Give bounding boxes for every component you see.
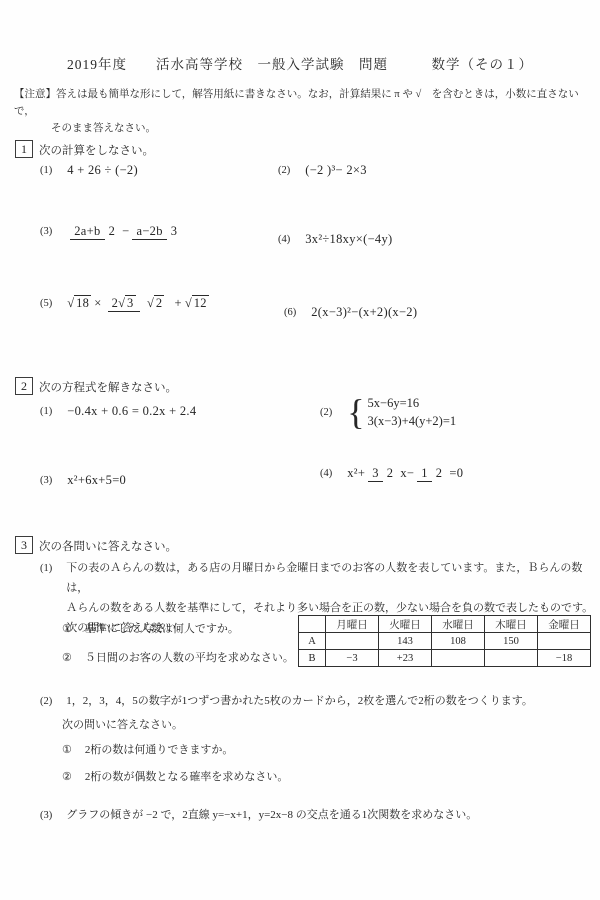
radical-sign: √ [118, 296, 125, 310]
question-3-2: (2) 1，2，3，4，5の数字が1つずつ書かれた5枚のカードから，2枚を選んで… [40, 692, 533, 708]
circled-1-marker: ① [62, 743, 72, 756]
row-label: A [299, 633, 326, 650]
problem-2-4-label: (4) [320, 468, 332, 479]
fraction: 12 [417, 466, 446, 482]
minus-operator: − [122, 224, 129, 239]
question-3-1-label: (1) [40, 563, 52, 574]
fraction-denominator: 2 [105, 223, 120, 238]
fraction-numerator: 2a+b [70, 224, 104, 240]
section3-title: 次の各問いに答えなさい。 [39, 538, 177, 554]
fraction-denominator: 2 [383, 465, 398, 480]
table-header-row: 月曜日 火曜日 水曜日 木曜日 金曜日 [299, 616, 591, 633]
fraction-numerator: 3 [368, 466, 383, 482]
table-cell: −3 [326, 650, 379, 667]
problem-1-1: (1) 4 + 26 ÷ (−2) [40, 163, 138, 178]
problem-1-2-label: (2) [278, 165, 290, 176]
fraction-numerator: a−2b [132, 224, 166, 240]
problem-1-4-expression: 3x²÷18xy×(−4y) [305, 232, 392, 247]
notice: 【注意】答えは最も簡単な形にして，解答用紙に書きなさい。なお，計算結果に π や… [14, 86, 592, 137]
fraction-denominator: 2 [432, 465, 447, 480]
table-header-cell: 月曜日 [326, 616, 379, 633]
table-header-cell: 金曜日 [538, 616, 591, 633]
expression-suffix: =0 [449, 466, 463, 481]
section1-title: 次の計算をしなさい。 [39, 142, 154, 158]
question-3-2-line1: 1，2，3，4，5の数字が1つずつ書かれた5枚のカードから，2枚を選んで2桁の数… [66, 692, 533, 708]
problem-1-5-expression: √18 × 2√3 √2 + √12 [67, 295, 209, 312]
problem-2-4-expression: x²+ 32 x− 12 =0 [347, 466, 463, 482]
problem-1-2-expression: (−2 )³− 2×3 [305, 163, 367, 178]
problem-1-4: (4) 3x²÷18xy×(−4y) [278, 232, 392, 247]
system-brace: { [347, 394, 364, 430]
fraction: 32 [368, 466, 397, 482]
fraction: 2a+b2 [70, 224, 119, 240]
exam-title: 2019年度 活水高等学校 一般入学試験 問題 数学（その１） [0, 53, 600, 73]
radical-sign: √ [67, 296, 74, 310]
circled-2-marker: ② [62, 770, 72, 783]
row-label: B [299, 650, 326, 667]
problem-1-3-expression: 2a+b2 − a−2b3 [67, 224, 184, 240]
notice-line1: 【注意】答えは最も簡単な形にして，解答用紙に書きなさい。なお，計算結果に π や… [14, 86, 592, 120]
problem-2-2-label: (2) [320, 407, 332, 418]
problem-2-3-expression: x²+6x+5=0 [67, 473, 126, 488]
table-row-b: B −3 +23 −18 [299, 650, 591, 667]
times-operator: × [94, 296, 101, 311]
problem-2-1-expression: −0.4x + 0.6 = 0.2x + 2.4 [67, 404, 196, 419]
problem-1-3-label: (3) [40, 226, 52, 237]
table-cell [538, 633, 591, 650]
customer-count-table: 月曜日 火曜日 水曜日 木曜日 金曜日 A 143 108 150 B −3 +… [298, 615, 591, 667]
question-3-1-sub2: ② ５日間のお客の人数の平均を求めなさい。 [62, 649, 294, 665]
fraction-numerator: 1 [417, 466, 432, 482]
table-cell: 150 [485, 633, 538, 650]
question-3-3: (3) グラフの傾きが −2 で，2直線 y=−x+1，y=2x−8 の交点を通… [40, 806, 477, 822]
problem-1-6-expression: 2(x−3)²−(x+2)(x−2) [311, 305, 417, 320]
table-cell [326, 633, 379, 650]
problem-2-1-label: (1) [40, 406, 52, 417]
question-3-2-sub2-text: 2桁の数が偶数となる確率を求めなさい。 [85, 768, 289, 784]
equation-system: { 5x−6y=16 3(x−3)+4(y+2)=1 [347, 394, 456, 430]
system-equation-1: 5x−6y=16 [368, 396, 457, 411]
problem-1-5: (5) √18 × 2√3 √2 + √12 [40, 295, 209, 312]
problem-2-2: (2) { 5x−6y=16 3(x−3)+4(y+2)=1 [320, 394, 456, 430]
radicand: 12 [192, 295, 209, 310]
fraction-denominator: √2 [143, 295, 168, 310]
system-equations: 5x−6y=16 3(x−3)+4(y+2)=1 [368, 396, 457, 429]
problem-1-3: (3) 2a+b2 − a−2b3 [40, 224, 184, 240]
table-header-cell [299, 616, 326, 633]
radical-sign: √ [185, 296, 192, 310]
question-3-1-sub2-text: ５日間のお客の人数の平均を求めなさい。 [85, 649, 294, 665]
exam-page: 2019年度 活水高等学校 一般入学試験 問題 数学（その１） 【注意】答えは最… [0, 0, 600, 900]
table-cell: +23 [379, 650, 432, 667]
section1-marker: 1 [15, 140, 33, 158]
expression-prefix: x²+ [347, 466, 365, 481]
circled-2-marker: ② [62, 651, 72, 664]
problem-1-2: (2) (−2 )³− 2×3 [278, 163, 367, 178]
radicand: 18 [74, 295, 91, 310]
notice-text2: そのまま答えなさい。 [14, 120, 592, 137]
table-cell: 143 [379, 633, 432, 650]
question-3-3-label: (3) [40, 810, 52, 821]
section2-marker: 2 [15, 377, 33, 395]
problem-1-6: (6) 2(x−3)²−(x+2)(x−2) [284, 305, 417, 320]
problem-2-3-label: (3) [40, 475, 52, 486]
sqrt-term: √12 [185, 295, 209, 311]
table-header-cell: 木曜日 [485, 616, 538, 633]
problem-1-1-expression: 4 + 26 ÷ (−2) [67, 163, 138, 178]
section3-marker: 3 [15, 536, 33, 554]
expression-middle: x− [400, 466, 414, 481]
notice-label: 【注意】 [14, 89, 56, 100]
section2-title: 次の方程式を解きなさい。 [39, 379, 177, 395]
plus-operator: + [174, 296, 181, 311]
fraction: a−2b3 [132, 224, 181, 240]
table-cell [432, 650, 485, 667]
question-3-2-sub2: ② 2桁の数が偶数となる確率を求めなさい。 [62, 768, 288, 784]
table-cell: −18 [538, 650, 591, 667]
table-header-cell: 火曜日 [379, 616, 432, 633]
radicand: 3 [125, 295, 136, 310]
question-3-2-sub1-text: 2桁の数は何通りできますか。 [85, 741, 234, 757]
question-3-1-sub1-text: 基準にした人数は何人ですか。 [85, 620, 239, 636]
problem-1-4-label: (4) [278, 234, 290, 245]
system-equation-2: 3(x−3)+4(y+2)=1 [368, 414, 457, 429]
fraction-numerator: 2√3 [108, 296, 140, 312]
radical-sign: √ [147, 296, 154, 310]
question-3-2-line2: 次の問いに答えなさい。 [62, 716, 183, 732]
problem-2-4: (4) x²+ 32 x− 12 =0 [320, 466, 463, 482]
question-3-1-sub1: ① 基準にした人数は何人ですか。 [62, 620, 239, 636]
table-header-cell: 水曜日 [432, 616, 485, 633]
question-3-2-sub1: ① 2桁の数は何通りできますか。 [62, 741, 233, 757]
question-3-1-line1: 下の表のＡらんの数は，ある店の月曜日から金曜日までのお客の人数を表しています。ま… [66, 558, 600, 598]
problem-2-1: (1) −0.4x + 0.6 = 0.2x + 2.4 [40, 404, 196, 419]
problem-1-6-label: (6) [284, 307, 296, 318]
question-3-3-text: グラフの傾きが −2 で，2直線 y=−x+1，y=2x−8 の交点を通る1次関… [66, 806, 477, 822]
problem-1-1-label: (1) [40, 165, 52, 176]
fraction-denominator: 3 [167, 223, 182, 238]
question-3-2-label: (2) [40, 696, 52, 707]
notice-text1: 答えは最も簡単な形にして，解答用紙に書きなさい。なお，計算結果に π や √ を… [14, 89, 579, 117]
table-cell: 108 [432, 633, 485, 650]
problem-2-3: (3) x²+6x+5=0 [40, 473, 126, 488]
sqrt-term: √18 [67, 295, 91, 311]
table-cell [485, 650, 538, 667]
table-row-a: A 143 108 150 [299, 633, 591, 650]
fraction: 2√3 √2 [108, 295, 169, 312]
radicand: 2 [154, 295, 165, 310]
problem-1-5-label: (5) [40, 298, 52, 309]
circled-1-marker: ① [62, 622, 72, 635]
